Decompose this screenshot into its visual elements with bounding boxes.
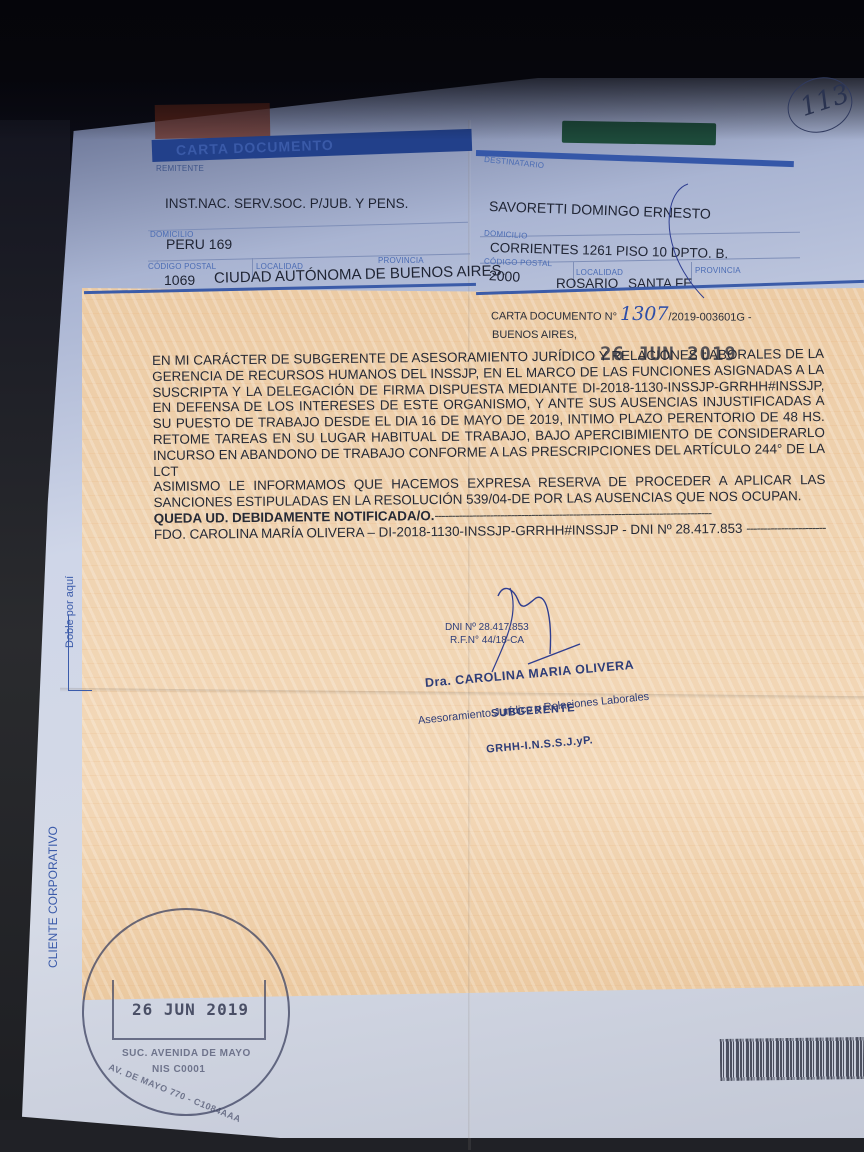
sender-cp: 1069	[164, 272, 195, 288]
sender-name: INST.NAC. SERV.SOC. P/JUB. Y PENS.	[165, 196, 408, 211]
postmark-date: 26 JUN 2019	[132, 1000, 249, 1019]
fold-here-label: Doble por aquí	[64, 576, 76, 648]
sender-domicilio: PERU 169	[166, 236, 232, 252]
sender-provincia-label: PROVINCIA	[378, 256, 424, 265]
barcode	[720, 1037, 864, 1081]
carta-documento-number: CARTA DOCUMENTO N° 1307/2019-003601G -	[491, 302, 752, 325]
carta-number-label: CARTA DOCUMENTO N°	[491, 310, 617, 323]
recipient-header-box	[562, 121, 716, 146]
client-type-label: CLIENTE CORPORATIVO	[46, 826, 60, 968]
sender-cp-label: CÓDIGO POSTAL	[148, 262, 216, 271]
carta-number-handwritten: 1307	[620, 303, 668, 325]
postmark-branch: SUC. AVENIDA DE MAYO	[122, 1048, 251, 1059]
signature-dni: DNI Nº 28.417.853	[445, 622, 529, 633]
sender-section-label: REMITENTE	[156, 164, 204, 173]
issue-city: BUENOS AIRES,	[492, 329, 577, 341]
body-paragraph-1: EN MI CARÁCTER DE SUBGERENTE DE ASESORAM…	[152, 346, 825, 479]
postmark-code: NIS C0001	[152, 1064, 205, 1075]
signature-rfn: R.F.N° 44/18-CA	[450, 635, 524, 646]
carta-number-suffix: /2019-003601G -	[668, 311, 751, 323]
logo-strip	[155, 103, 271, 139]
letter-body: EN MI CARÁCTER DE SUBGERENTE DE ASESORAM…	[152, 346, 826, 543]
recipient-cp: 2000	[489, 267, 521, 285]
recipient-provincia-label: PROVINCIA	[695, 266, 741, 275]
